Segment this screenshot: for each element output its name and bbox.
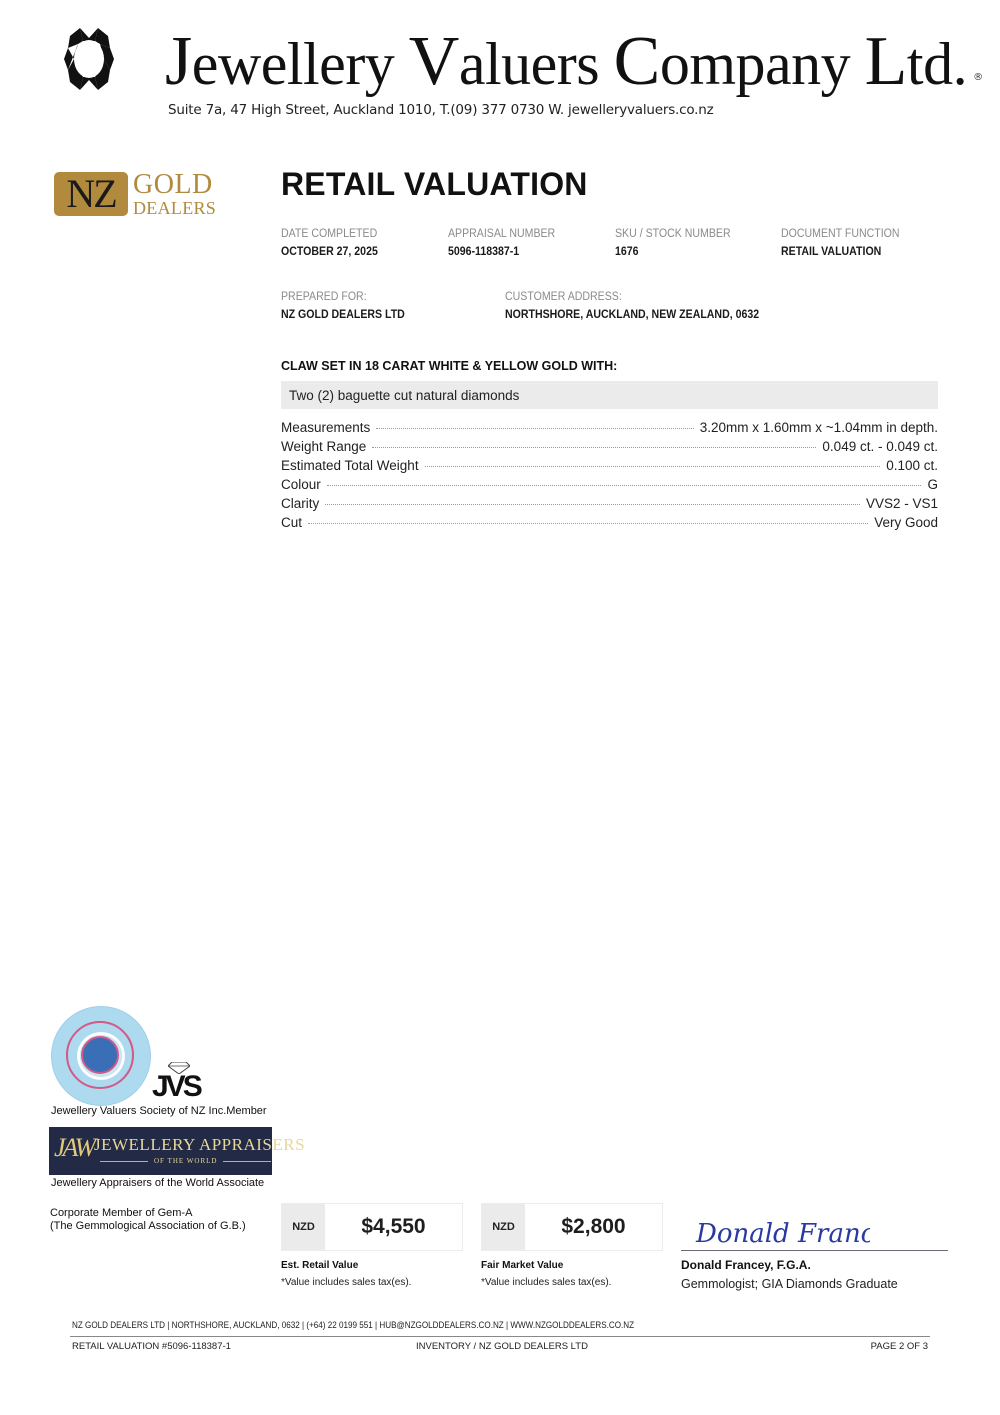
company-name-part: td.: [907, 31, 967, 97]
jaw-subtitle: OF THE WORLD: [94, 1157, 266, 1165]
jvs-caption: Jewellery Valuers Society of NZ Inc.Memb…: [51, 1105, 267, 1117]
nz-gold-dealers-logo: NZ GOLD DEALERS: [54, 171, 234, 217]
footer-divider: [70, 1336, 930, 1337]
spec-row-measurements: Measurements3.20mm x 1.60mm x ~1.04mm in…: [281, 420, 938, 439]
meta-label: DOCUMENT FUNCTION: [781, 228, 900, 240]
spec-row-clarity: ClarityVVS2 - VS1: [281, 496, 938, 515]
company-name-part: J: [165, 23, 192, 100]
page-number: PAGE 2 OF 3: [871, 1341, 928, 1352]
jaw-logo: JAW JEWELLERY APPRAISERS OF THE WORLD: [49, 1127, 272, 1175]
nzgd-badge: NZ: [54, 172, 128, 216]
footer-inventory: INVENTORY / NZ GOLD DEALERS LTD: [416, 1341, 588, 1352]
gema-line1: Corporate Member of Gem-A: [50, 1207, 192, 1219]
spec-row-cut: CutVery Good: [281, 515, 938, 534]
dot-leader: [376, 428, 693, 429]
spec-label: Weight Range: [281, 439, 366, 454]
meta-value: OCTOBER 27, 2025: [281, 246, 378, 258]
meta-value: RETAIL VALUATION: [781, 246, 900, 258]
nzgd-gold-text: GOLD: [133, 171, 216, 199]
fair-market-value-note: *Value includes sales tax(es).: [481, 1277, 611, 1288]
page-title: RETAIL VALUATION: [281, 164, 588, 204]
spec-list: Measurements3.20mm x 1.60mm x ~1.04mm in…: [281, 420, 938, 534]
company-name-part: ewellery: [192, 31, 409, 97]
nzgd-dealers-text: DEALERS: [133, 199, 216, 217]
customer-address: CUSTOMER ADDRESS: NORTHSHORE, AUCKLAND, …: [505, 291, 781, 321]
dot-leader: [372, 447, 816, 448]
meta-label: DATE COMPLETED: [281, 228, 378, 240]
spec-label: Colour: [281, 477, 321, 492]
footer-contact: NZ GOLD DEALERS LTD | NORTHSHORE, AUCKLA…: [72, 1320, 634, 1330]
globe-icon: [81, 1036, 119, 1074]
spec-label: Measurements: [281, 420, 370, 435]
fair-market-value-amount: $2,800: [525, 1204, 662, 1250]
currency-label: NZD: [282, 1204, 325, 1250]
spec-value: 0.049 ct. - 0.049 ct.: [822, 439, 938, 454]
spec-row-colour: ColourG: [281, 477, 938, 496]
sun-ring-icon: [64, 24, 114, 94]
spec-value: G: [927, 477, 938, 492]
meta-value: 5096-118387-1: [448, 246, 555, 258]
company-name-part: aluers: [459, 31, 614, 97]
jaw-caption: Jewellery Appraisers of the World Associ…: [51, 1177, 264, 1189]
company-name-part: ompany: [660, 31, 865, 97]
retail-value-note: *Value includes sales tax(es).: [281, 1277, 411, 1288]
gema-line2: (The Gemmological Association of G.B.): [50, 1220, 246, 1232]
meta-appraisal-number: APPRAISAL NUMBER 5096-118387-1: [448, 228, 565, 258]
spec-label: Estimated Total Weight: [281, 458, 419, 473]
retail-value-amount: $4,550: [325, 1204, 462, 1250]
meta-label: PREPARED FOR:: [281, 291, 405, 303]
spec-row-total-weight: Estimated Total Weight0.100 ct.: [281, 458, 938, 477]
spec-label: Cut: [281, 515, 302, 530]
jaw-title: JEWELLERY APPRAISERS: [94, 1135, 305, 1155]
meta-label: CUSTOMER ADDRESS:: [505, 291, 759, 303]
signatory-name: Donald Francey, F.G.A.: [681, 1258, 811, 1272]
item-description: Two (2) baguette cut natural diamonds: [289, 388, 519, 403]
spec-value: VVS2 - VS1: [866, 496, 938, 511]
meta-document-function: DOCUMENT FUNCTION RETAIL VALUATION: [781, 228, 910, 258]
retail-value-box: NZD $4,550: [281, 1203, 463, 1251]
nzgd-wordmark: GOLD DEALERS: [133, 171, 216, 217]
spec-value: 3.20mm x 1.60mm x ~1.04mm in depth.: [700, 420, 938, 435]
currency-label: NZD: [482, 1204, 525, 1250]
meta-date-completed: DATE COMPLETED OCTOBER 27, 2025: [281, 228, 386, 258]
company-name-part: V: [409, 23, 459, 100]
company-name-part: L: [865, 23, 907, 100]
spec-value: Very Good: [874, 515, 938, 530]
signature-text: Donald Francey: [695, 1219, 870, 1249]
fair-market-value-label: Fair Market Value: [481, 1260, 563, 1271]
item-description-box: Two (2) baguette cut natural diamonds: [281, 381, 938, 409]
meta-value: NORTHSHORE, AUCKLAND, NEW ZEALAND, 0632: [505, 309, 759, 321]
company-address: Suite 7a, 47 High Street, Auckland 1010,…: [168, 102, 714, 118]
dot-leader: [425, 466, 881, 467]
dot-leader: [308, 523, 868, 524]
jvs-logo: JVS: [152, 1070, 200, 1104]
prepared-for: PREPARED FOR: NZ GOLD DEALERS LTD: [281, 291, 416, 321]
jaw-mark: JAW: [54, 1133, 93, 1163]
item-heading: CLAW SET IN 18 CARAT WHITE & YELLOW GOLD…: [281, 359, 617, 373]
dot-leader: [327, 485, 922, 486]
registered-mark: ®: [973, 72, 983, 83]
meta-sku: SKU / STOCK NUMBER 1676: [615, 228, 741, 258]
meta-value: NZ GOLD DEALERS LTD: [281, 309, 405, 321]
spec-value: 0.100 ct.: [886, 458, 938, 473]
company-name-part: C: [614, 23, 660, 100]
signatory-title: Gemmologist; GIA Diamonds Graduate: [681, 1277, 898, 1291]
meta-label: SKU / STOCK NUMBER: [615, 228, 731, 240]
retail-value-label: Est. Retail Value: [281, 1260, 358, 1271]
meta-label: APPRAISAL NUMBER: [448, 228, 555, 240]
meta-value: 1676: [615, 246, 731, 258]
footer-reference: RETAIL VALUATION #5096-118387-1: [72, 1341, 231, 1352]
fair-market-value-box: NZD $2,800: [481, 1203, 663, 1251]
signature-line: [681, 1250, 948, 1251]
spec-row-weight-range: Weight Range0.049 ct. - 0.049 ct.: [281, 439, 938, 458]
signature: Donald Francey: [690, 1208, 870, 1254]
spec-label: Clarity: [281, 496, 319, 511]
dot-leader: [325, 504, 860, 505]
